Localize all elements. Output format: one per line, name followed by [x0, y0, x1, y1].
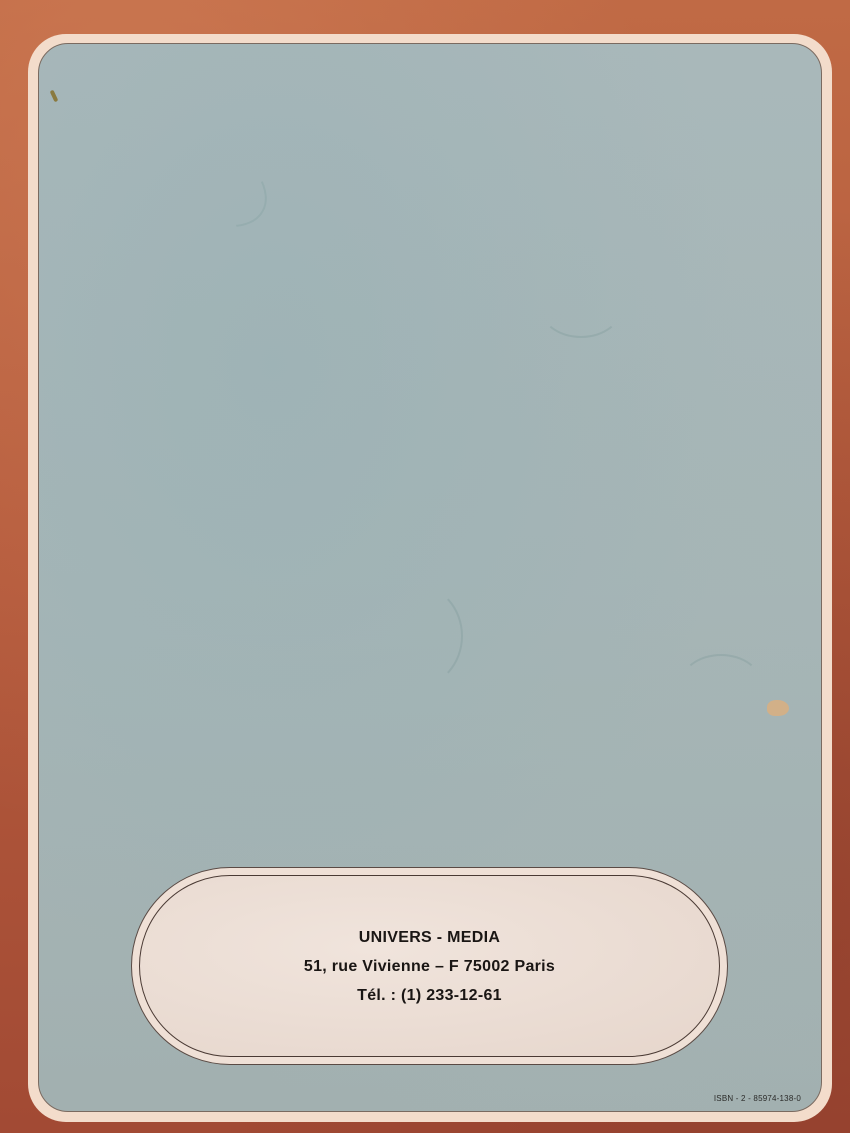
- publisher-label: UNIVERS - MEDIA 51, rue Vivienne – F 750…: [131, 867, 728, 1065]
- publisher-name: UNIVERS - MEDIA: [359, 923, 500, 952]
- stain-mark: [679, 654, 763, 718]
- book-back-cover: ISBN - 2 - 85974-138-0 UNIVERS - MEDIA 5…: [0, 0, 850, 1133]
- publisher-phone: Tél. : (1) 233-12-61: [357, 981, 502, 1010]
- publisher-label-inner: UNIVERS - MEDIA 51, rue Vivienne – F 750…: [139, 875, 720, 1057]
- publisher-address: 51, rue Vivienne – F 75002 Paris: [304, 952, 555, 981]
- isbn-number: ISBN - 2 - 85974-138-0: [714, 1094, 801, 1103]
- stain-mark: [369, 584, 463, 688]
- worn-spot: [767, 700, 789, 716]
- stain-mark: [539, 274, 623, 338]
- stain-mark: [118, 104, 285, 249]
- speck-mark: [50, 90, 59, 103]
